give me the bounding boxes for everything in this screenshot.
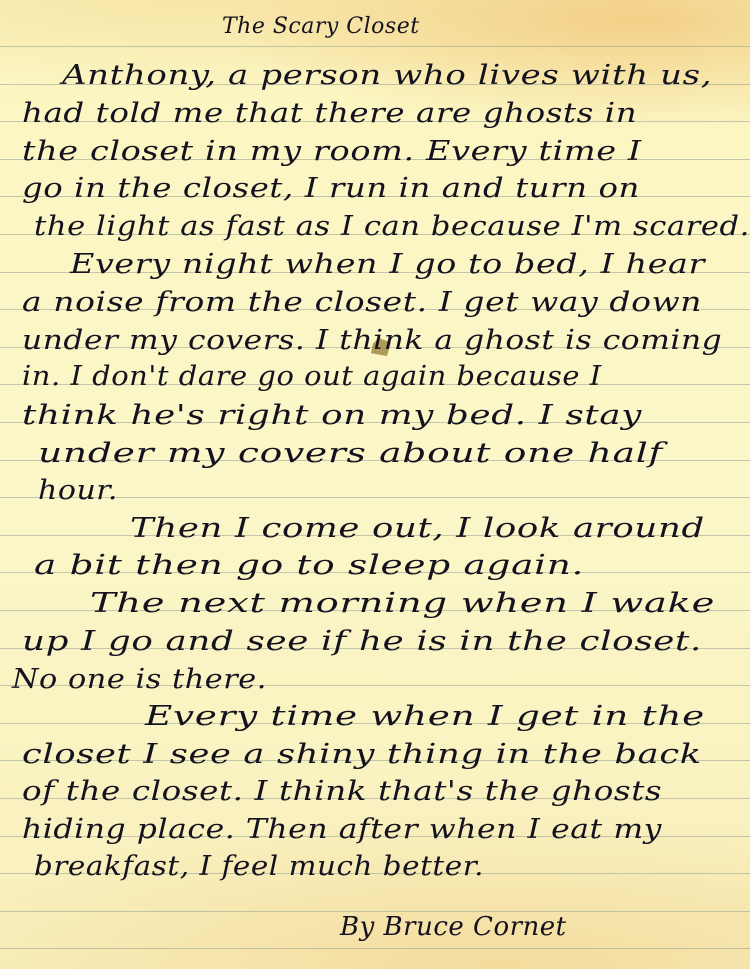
text-line: under my covers about one half (38, 438, 663, 469)
text-line: closet I see a shiny thing in the back (22, 739, 702, 770)
text-line: hiding place. Then after when I eat my (22, 814, 662, 845)
text-line: a noise from the closet. I get way down (22, 287, 702, 318)
text-line: of the closet. I think that's the ghosts (22, 776, 662, 807)
document-title: The Scary Closet (222, 14, 420, 39)
text-line: The next morning when I wake (90, 588, 715, 619)
text-line: up I go and see if he is in the closet. (22, 626, 702, 657)
text-line: under my covers. I think a ghost is comi… (22, 325, 722, 356)
text-line: think he's right on my bed. I stay (22, 400, 642, 431)
ruled-line (0, 948, 750, 949)
text-line: No one is there. (12, 664, 267, 695)
text-line: Then I come out, I look around (130, 513, 705, 544)
signature: By Bruce Cornet (340, 912, 567, 942)
text-line: the light as fast as I can because I'm s… (34, 211, 750, 242)
text-line: Every time when I get in the (145, 701, 705, 732)
text-line: in. I don't dare go out again because I (22, 361, 602, 392)
text-line: had told me that there are ghosts in (22, 98, 637, 129)
text-line: hour. (38, 475, 118, 506)
text-line: the closet in my room. Every time I (22, 136, 642, 167)
text-line: Every night when I go to bed, I hear (70, 249, 705, 280)
text-line: a bit then go to sleep again. (34, 550, 584, 581)
text-line: Anthony, a person who lives with us, (62, 60, 712, 91)
text-line: breakfast, I feel much better. (34, 851, 484, 882)
ruled-line (0, 46, 750, 47)
text-line: go in the closet, I run in and turn on (22, 173, 640, 204)
